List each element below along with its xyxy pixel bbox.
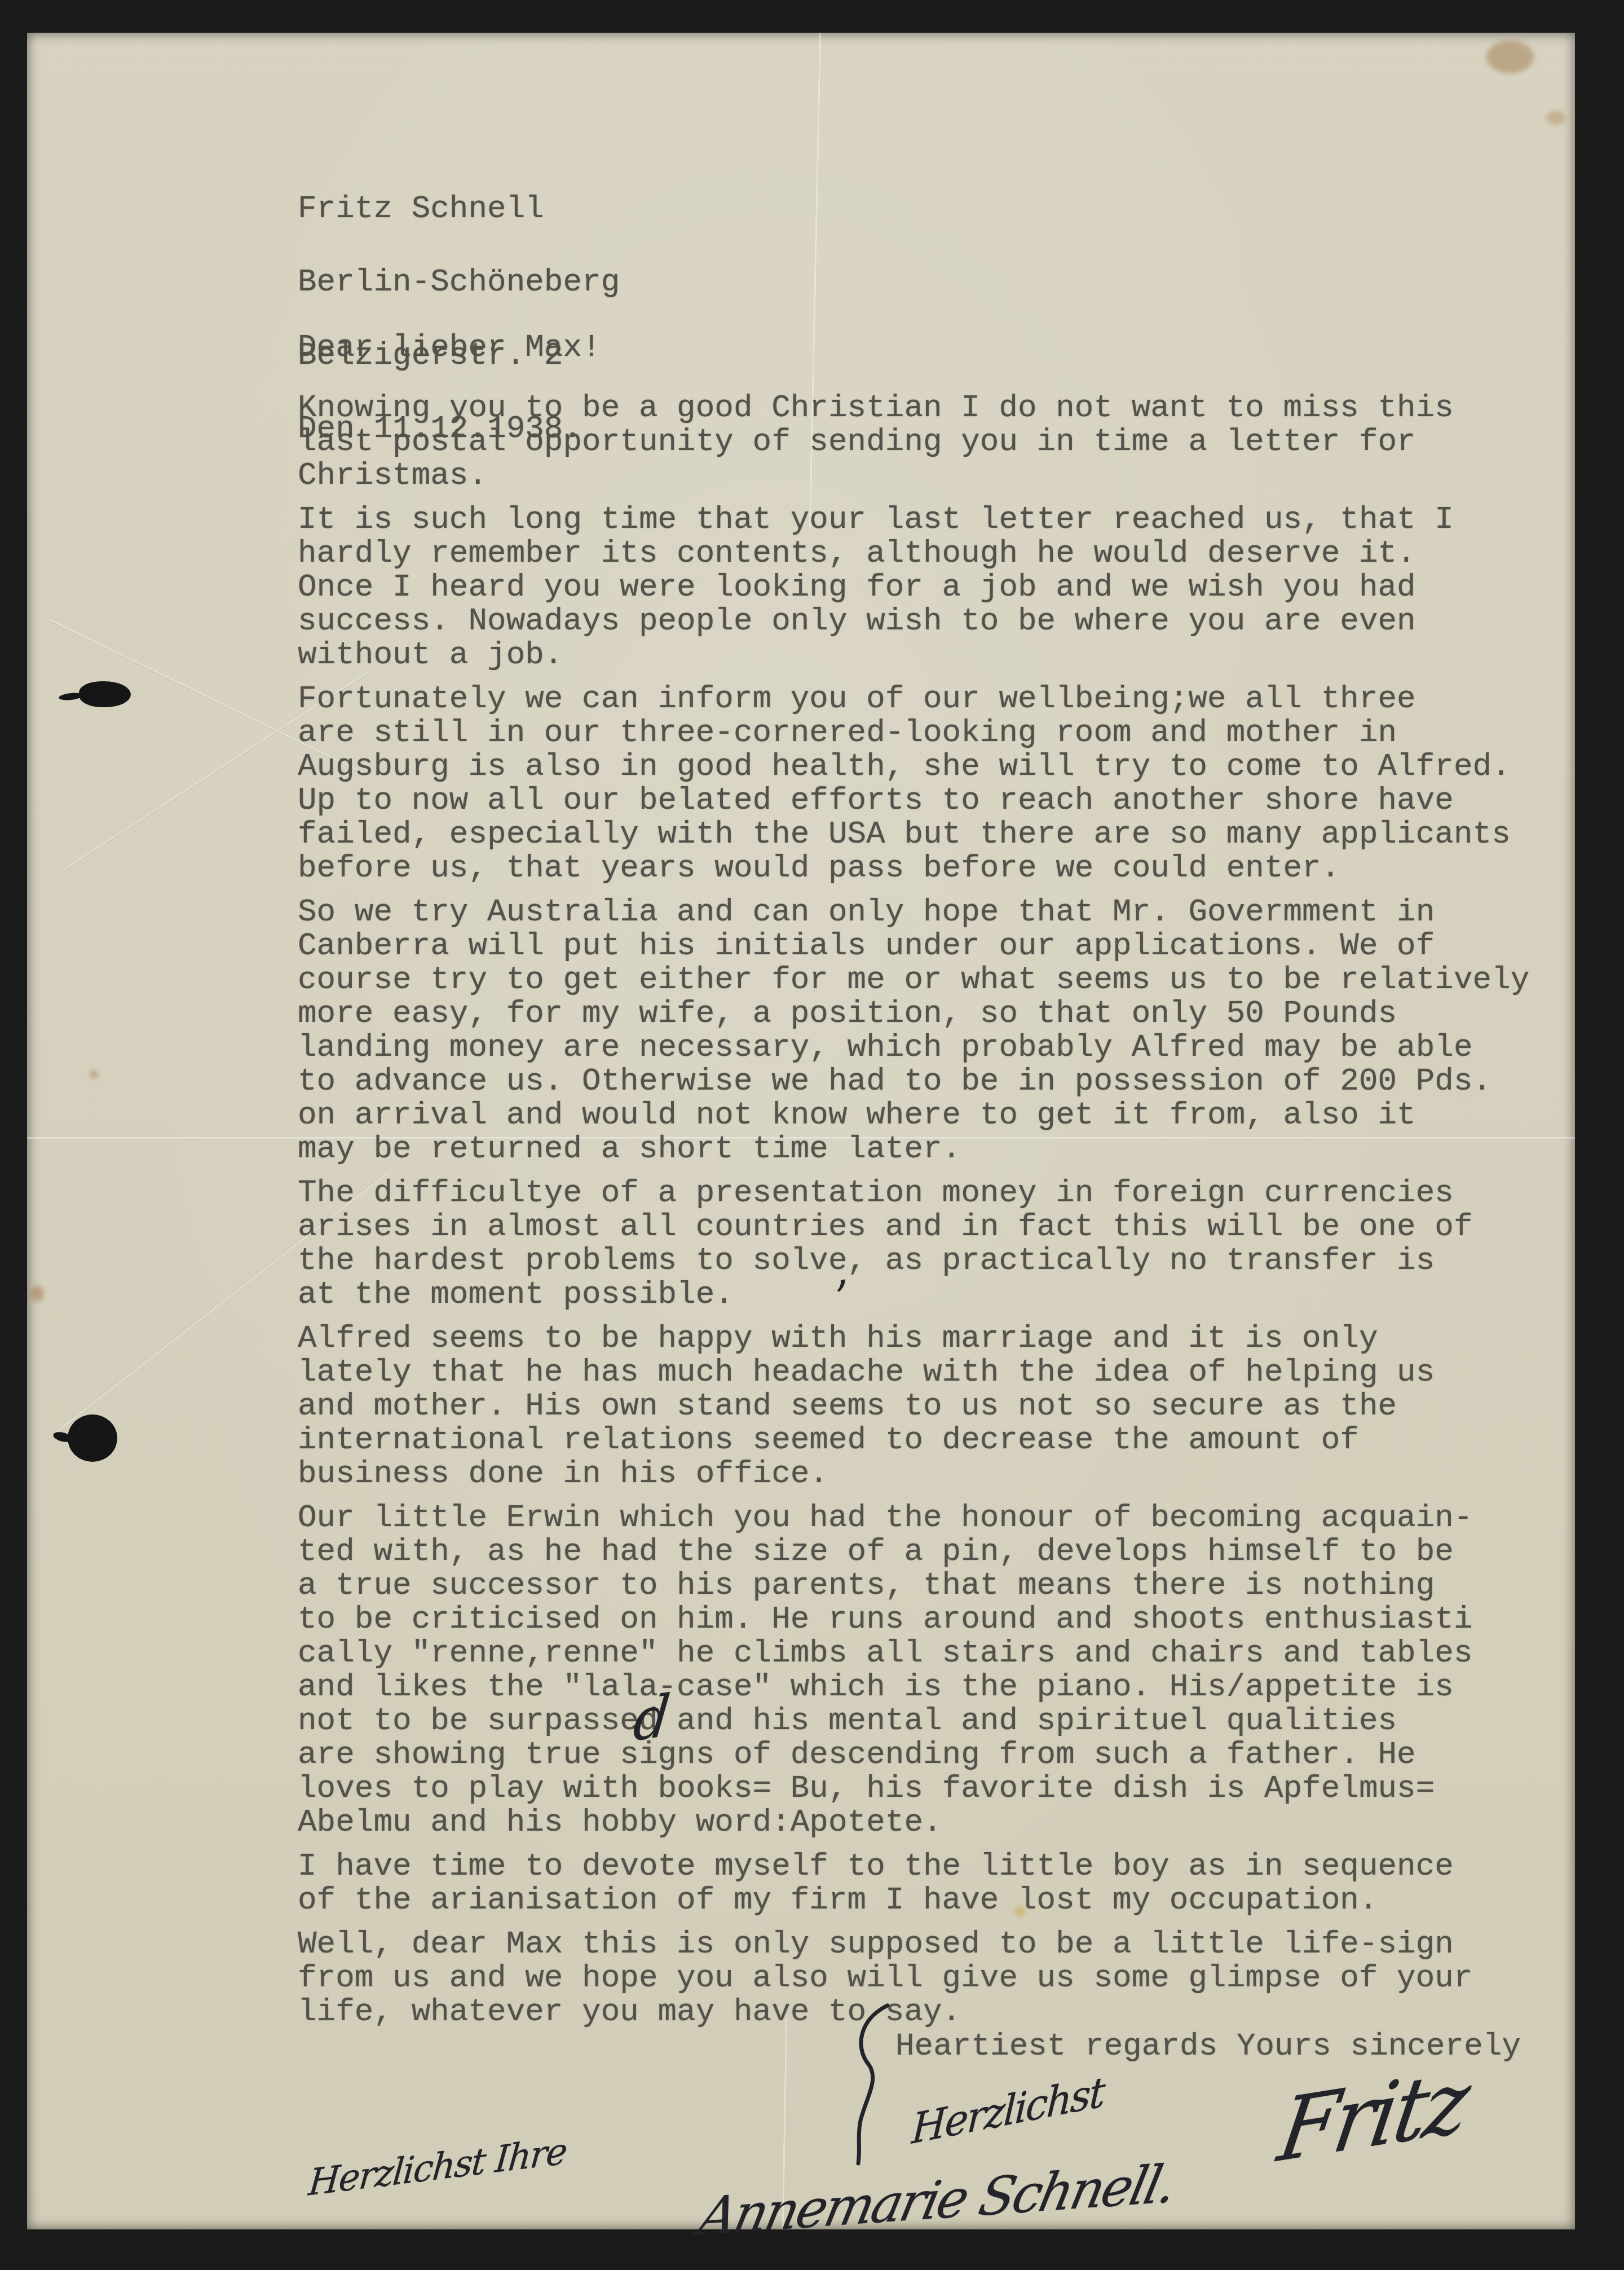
letter-paragraph: Our little Erwin which you had the honou… [298,1501,1473,1839]
letter-paragraph: Alfred seems to be happy with his marria… [298,1321,1435,1491]
stain-top-right-small [1546,111,1565,125]
salutation: Dear lieber Max! [298,330,601,364]
signature-annemarie: Annemarie Schnell. [693,2153,1180,2248]
handwritten-closing-word: Herzlichst [911,2068,1105,2154]
signature-fritz: Fritz [1272,2051,1474,2183]
letter-paragraph: So we try Australia and can only hope th… [298,895,1529,1166]
letter-paragraph: It is such long time that your last lett… [298,503,1454,672]
sender-city: Berlin-Schöneberg [298,264,620,301]
letter-paragraph: The difficultye of a presentation money … [298,1176,1473,1311]
punch-hole-top [79,681,131,707]
stain-left-edge-rust [30,1286,44,1302]
stain-left-small-rust [90,1070,98,1078]
stain-top-right-large [1486,41,1534,73]
sender-name: Fritz Schnell [298,191,620,227]
handwritten-flourish-mark [844,2002,906,2171]
letter-paragraph: I have time to devote myself to the litt… [298,1849,1454,1917]
letter-paragraph: Knowing you to be a good Christian I do … [298,391,1454,492]
handwritten-postscript: Herzlichst Ihre [307,2130,568,2204]
punch-hole-bottom [68,1414,117,1462]
letter-paper: Fritz Schnell Berlin-Schöneberg Belziger… [27,33,1575,2229]
letter-paragraph: Fortunately we can inform you of our wel… [298,682,1511,885]
